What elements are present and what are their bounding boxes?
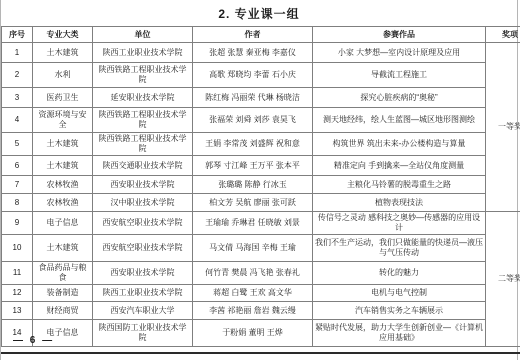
cell-category: 水利: [33, 63, 93, 88]
column-header: 专业大类: [33, 27, 93, 43]
table-body: 1土木建筑陕西工业职业技术学院张超 张慧 秦亚梅 李嘉仪小家 大梦想—室内设计原…: [2, 43, 520, 347]
cell-category: 土木建筑: [33, 156, 93, 176]
cell-work: 主粮化马铃薯的脱毒重生之路: [313, 176, 486, 194]
cell-category: 装备制造: [33, 285, 93, 302]
cell-authors: 张超 张慧 秦亚梅 李嘉仪: [193, 43, 313, 63]
table-row: 1土木建筑陕西工业职业技术学院张超 张慧 秦亚梅 李嘉仪小家 大梦想—室内设计原…: [2, 43, 520, 63]
cell-category: 食品药品与粮食: [33, 262, 93, 285]
table-row: 10土木建筑西安航空职业技术学院马文倩 马海国 辛梅 王瑜我们不生产运动，我们只…: [2, 235, 520, 262]
cell-work: 导截流工程施工: [313, 63, 486, 88]
table-row: 13财经商贸西安汽车职业大学李茜 祁艳丽 詹岩 魏云缦汽车销售实务之车辆展示: [2, 302, 520, 320]
cell-unit: 西安航空职业技术学院: [93, 235, 193, 262]
cell-work: 构筑世界 筑出未来-办公楼构造与算量: [313, 133, 486, 156]
cell-unit: 陕西工业职业技术学院: [93, 285, 193, 302]
column-header: 序号: [2, 27, 33, 43]
cell-category: 医药卫生: [33, 88, 93, 108]
cell-no: 2: [2, 63, 33, 88]
cell-authors: 陈红梅 冯丽荣 代琳 杨晓洁: [193, 88, 313, 108]
cell-work: 我们不生产运动，我们只做能量的快递员—液压与气压传动: [313, 235, 486, 262]
cell-work: 电机与电气控制: [313, 285, 486, 302]
cell-unit: 汉中职业技术学院: [93, 194, 193, 212]
cell-unit: 陕西铁路工程职业技术学院: [93, 108, 193, 133]
cell-no: 5: [2, 133, 33, 156]
cell-category: 农林牧渔: [33, 176, 93, 194]
cell-unit: 陕西国防工业职业技术学院: [93, 320, 193, 347]
award-cell: 二等奖: [486, 212, 520, 347]
cell-no: 8: [2, 194, 33, 212]
cell-work: 测天地经纬，绘人生蓝图—城区地形图测绘: [313, 108, 486, 133]
cell-authors: 于粉娟 董明 王烨: [193, 320, 313, 347]
award-cell: 一等奖: [486, 43, 520, 212]
cell-unit: 西安职业技术学院: [93, 176, 193, 194]
cell-no: 1: [2, 43, 33, 63]
cell-work: 植物表现技法: [313, 194, 486, 212]
cell-authors: 李茜 祁艳丽 詹岩 魏云缦: [193, 302, 313, 320]
table-row: 4资源环境与安全陕西铁路工程职业技术学院张福荣 刘舜 刘莎 袁昊飞测天地经纬，绘…: [2, 108, 520, 133]
table-row: 3医药卫生延安职业技术学院陈红梅 冯丽荣 代琳 杨晓洁探究心脏疾病的“奥秘”: [2, 88, 520, 108]
table-row: 11食品药品与粮食西安职业技术学院何竹青 樊晨 冯飞艳 张春礼转化的魅力: [2, 262, 520, 285]
table-row: 6土木建筑陕西交通职业技术学院郭琴 寸江峰 王万平 张本平精准定向 手到擒来—全…: [2, 156, 520, 176]
page-number: — 6 —: [13, 335, 54, 346]
table-row: 12装备制造陕西工业职业技术学院蒋超 白鹭 王欢 高文华电机与电气控制: [2, 285, 520, 302]
document-page: 2. 专业课一组 序号专业大类单位作者参赛作品奖项 1土木建筑陕西工业职业技术学…: [0, 0, 518, 360]
cell-no: 3: [2, 88, 33, 108]
cell-category: 电子信息: [33, 212, 93, 235]
cell-no: 10: [2, 235, 33, 262]
cell-authors: 高歌 郑晓均 李蕾 石小庆: [193, 63, 313, 88]
cell-unit: 延安职业技术学院: [93, 88, 193, 108]
table-header: 序号专业大类单位作者参赛作品奖项: [2, 27, 520, 43]
cell-category: 土木建筑: [33, 43, 93, 63]
table-row: 9电子信息西安航空职业技术学院王瑜瑜 乔琳君 任晓敏 刘景传信号之灵动 感科技之…: [2, 212, 520, 235]
table-row: 8农林牧渔汉中职业技术学院柏文芳 吴航 廖丽 张可跃植物表现技法: [2, 194, 520, 212]
cell-unit: 西安汽车职业大学: [93, 302, 193, 320]
table-row: 2水利陕西铁路工程职业技术学院高歌 郑晓均 李蕾 石小庆导截流工程施工: [2, 63, 520, 88]
cell-authors: 王娟 李常茂 刘盛辉 祝和意: [193, 133, 313, 156]
cell-unit: 西安职业技术学院: [93, 262, 193, 285]
cell-authors: 柏文芳 吴航 廖丽 张可跃: [193, 194, 313, 212]
cell-category: 土木建筑: [33, 235, 93, 262]
cell-unit: 陕西铁路工程职业技术学院: [93, 63, 193, 88]
cell-work: 紧贴时代发展，助力大学生创新创业—《计算机应用基础》: [313, 320, 486, 347]
cell-unit: 陕西铁路工程职业技术学院: [93, 133, 193, 156]
cell-no: 4: [2, 108, 33, 133]
cell-unit: 陕西交通职业技术学院: [93, 156, 193, 176]
page-edge-line: [1, 352, 520, 354]
cell-work: 小家 大梦想—室内设计原理及应用: [313, 43, 486, 63]
cell-authors: 郭琴 寸江峰 王万平 张本平: [193, 156, 313, 176]
table-row: 7农林牧渔西安职业技术学院张璐璐 陈静 行冰玉主粮化马铃薯的脱毒重生之路: [2, 176, 520, 194]
cell-no: 11: [2, 262, 33, 285]
cell-category: 财经商贸: [33, 302, 93, 320]
column-header: 单位: [93, 27, 193, 43]
cell-unit: 陕西工业职业技术学院: [93, 43, 193, 63]
column-header: 作者: [193, 27, 313, 43]
table-row: 5土木建筑陕西铁路工程职业技术学院王娟 李常茂 刘盛辉 祝和意构筑世界 筑出未来…: [2, 133, 520, 156]
awards-table: 序号专业大类单位作者参赛作品奖项 1土木建筑陕西工业职业技术学院张超 张慧 秦亚…: [1, 26, 520, 347]
cell-work: 探究心脏疾病的“奥秘”: [313, 88, 486, 108]
cell-category: 资源环境与安全: [33, 108, 93, 133]
column-header: 奖项: [486, 27, 520, 43]
cell-no: 7: [2, 176, 33, 194]
cell-work: 汽车销售实务之车辆展示: [313, 302, 486, 320]
header-row: 序号专业大类单位作者参赛作品奖项: [2, 27, 520, 43]
cell-authors: 何竹青 樊晨 冯飞艳 张春礼: [193, 262, 313, 285]
cell-no: 13: [2, 302, 33, 320]
cell-no: 9: [2, 212, 33, 235]
table-row: 14电子信息陕西国防工业职业技术学院于粉娟 董明 王烨紧贴时代发展，助力大学生创…: [2, 320, 520, 347]
cell-authors: 张福荣 刘舜 刘莎 袁昊飞: [193, 108, 313, 133]
cell-category: 农林牧渔: [33, 194, 93, 212]
cell-no: 6: [2, 156, 33, 176]
cell-authors: 王瑜瑜 乔琳君 任晓敏 刘景: [193, 212, 313, 235]
cell-no: 12: [2, 285, 33, 302]
cell-authors: 蒋超 白鹭 王欢 高文华: [193, 285, 313, 302]
column-header: 参赛作品: [313, 27, 486, 43]
cell-work: 传信号之灵动 感科技之奥妙—传感器的应用设计: [313, 212, 486, 235]
cell-authors: 张璐璐 陈静 行冰玉: [193, 176, 313, 194]
cell-category: 土木建筑: [33, 133, 93, 156]
cell-unit: 西安航空职业技术学院: [93, 212, 193, 235]
cell-work: 精准定向 手到擒来—全站仪角度测量: [313, 156, 486, 176]
cell-authors: 马文倩 马海国 辛梅 王瑜: [193, 235, 313, 262]
cell-work: 转化的魅力: [313, 262, 486, 285]
section-title: 2. 专业课一组: [1, 5, 517, 22]
